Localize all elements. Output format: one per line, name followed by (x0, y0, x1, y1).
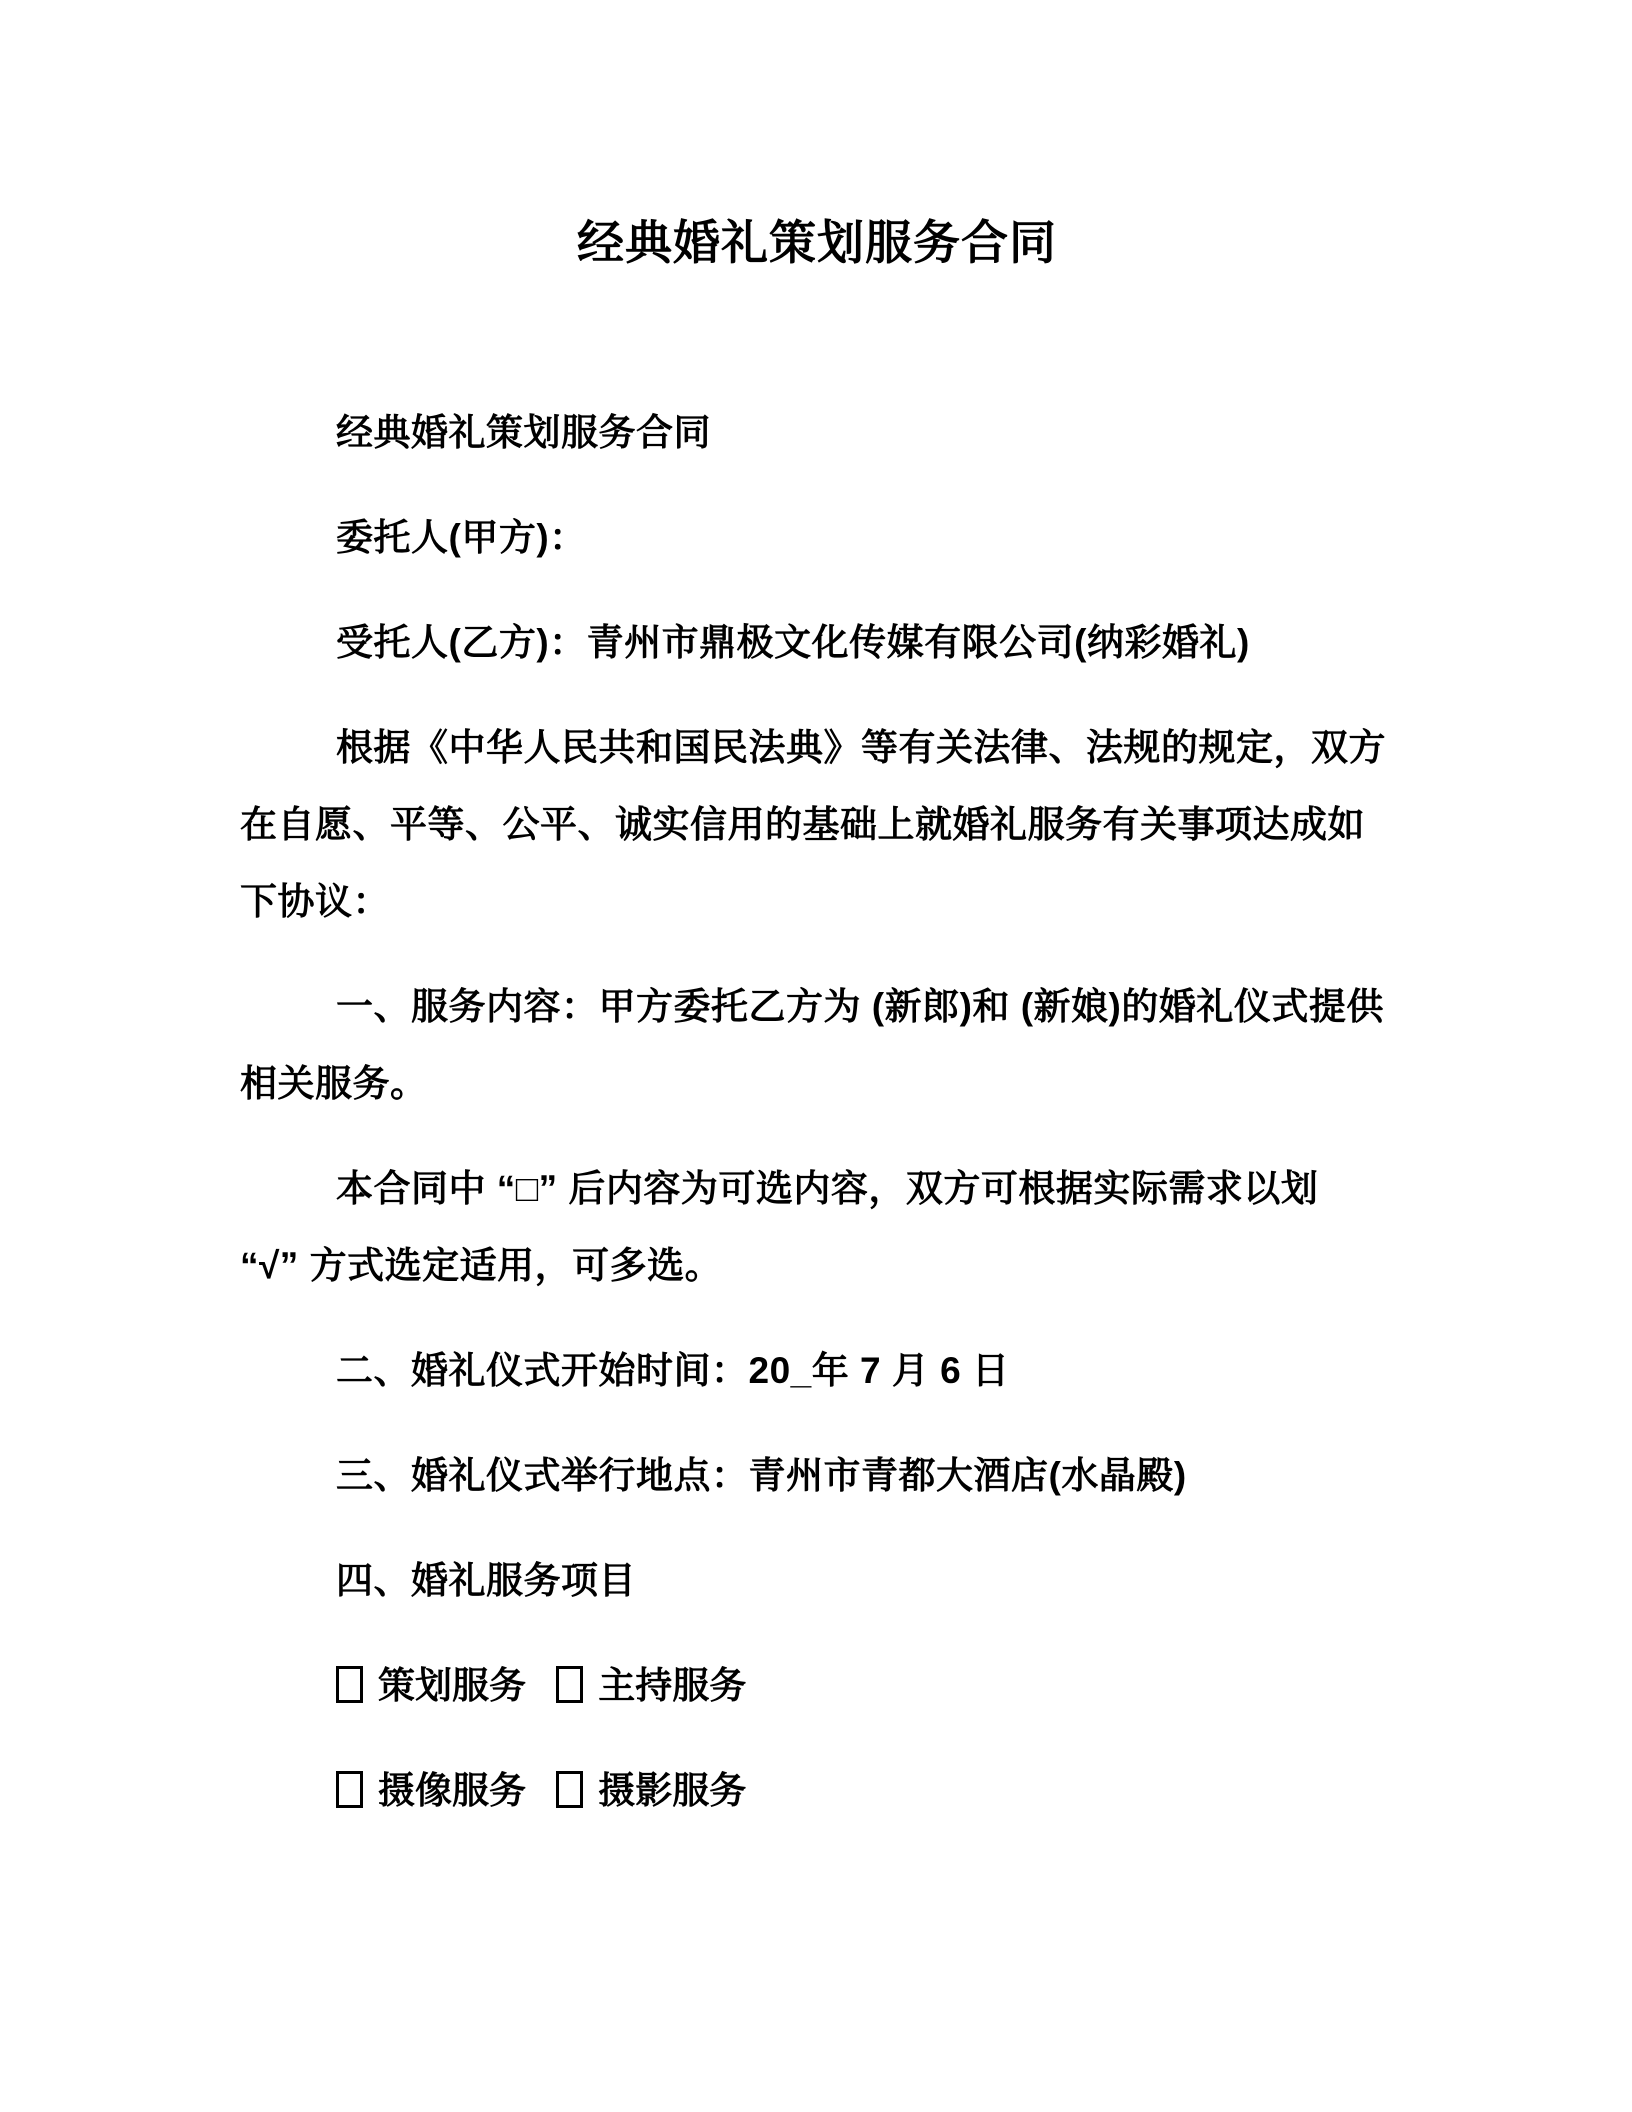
paragraph-optional-note: 本合同中 “□” 后内容为可选内容，双方可根据实际需求以划 “√” 方式选定适用… (240, 1150, 1394, 1304)
paragraph-agent: 受托人(乙方)：青州市鼎极文化传媒有限公司(纳彩婚礼) (240, 604, 1394, 681)
service-option-row: 策划服务 主持服务 (240, 1647, 1394, 1724)
document-page: 经典婚礼策划服务合同 经典婚礼策划服务合同 委托人(甲方)： 受托人(乙方)：青… (0, 0, 1632, 2112)
checkbox-icon[interactable] (336, 1666, 363, 1703)
checkbox-icon[interactable] (556, 1771, 583, 1808)
paragraph-service-content: 一、服务内容：甲方委托乙方为 (新郎)和 (新娘)的婚礼仪式提供 相关服务。 (240, 968, 1394, 1122)
service-option: 主持服务 (556, 1647, 746, 1724)
service-option: 策划服务 (336, 1647, 526, 1724)
paragraph-ceremony-venue: 三、婚礼仪式举行地点：青州市青都大酒店(水晶殿) (240, 1437, 1394, 1514)
paragraph-principal: 委托人(甲方)： (240, 499, 1394, 576)
service-option-row: 摄像服务 摄影服务 (240, 1752, 1394, 1829)
checkbox-icon[interactable] (556, 1666, 583, 1703)
service-option: 摄像服务 (336, 1752, 526, 1829)
service-option-label: 摄像服务 (378, 1770, 526, 1811)
contract-title: 经典婚礼策划服务合同 (240, 212, 1394, 274)
service-option: 摄影服务 (556, 1752, 746, 1829)
paragraph-legal-basis: 根据《中华人民共和国民法典》等有关法律、法规的规定，双方 在自愿、平等、公平、诚… (240, 709, 1394, 940)
service-option-label: 主持服务 (598, 1665, 746, 1706)
paragraph-subtitle: 经典婚礼策划服务合同 (240, 394, 1394, 471)
paragraph-ceremony-time: 二、婚礼仪式开始时间：20_年 7 月 6 日 (240, 1332, 1394, 1409)
checkbox-icon[interactable] (336, 1771, 363, 1808)
service-option-label: 策划服务 (378, 1665, 526, 1706)
service-option-label: 摄影服务 (598, 1770, 746, 1811)
paragraph-service-items-heading: 四、婚礼服务项目 (240, 1542, 1394, 1619)
